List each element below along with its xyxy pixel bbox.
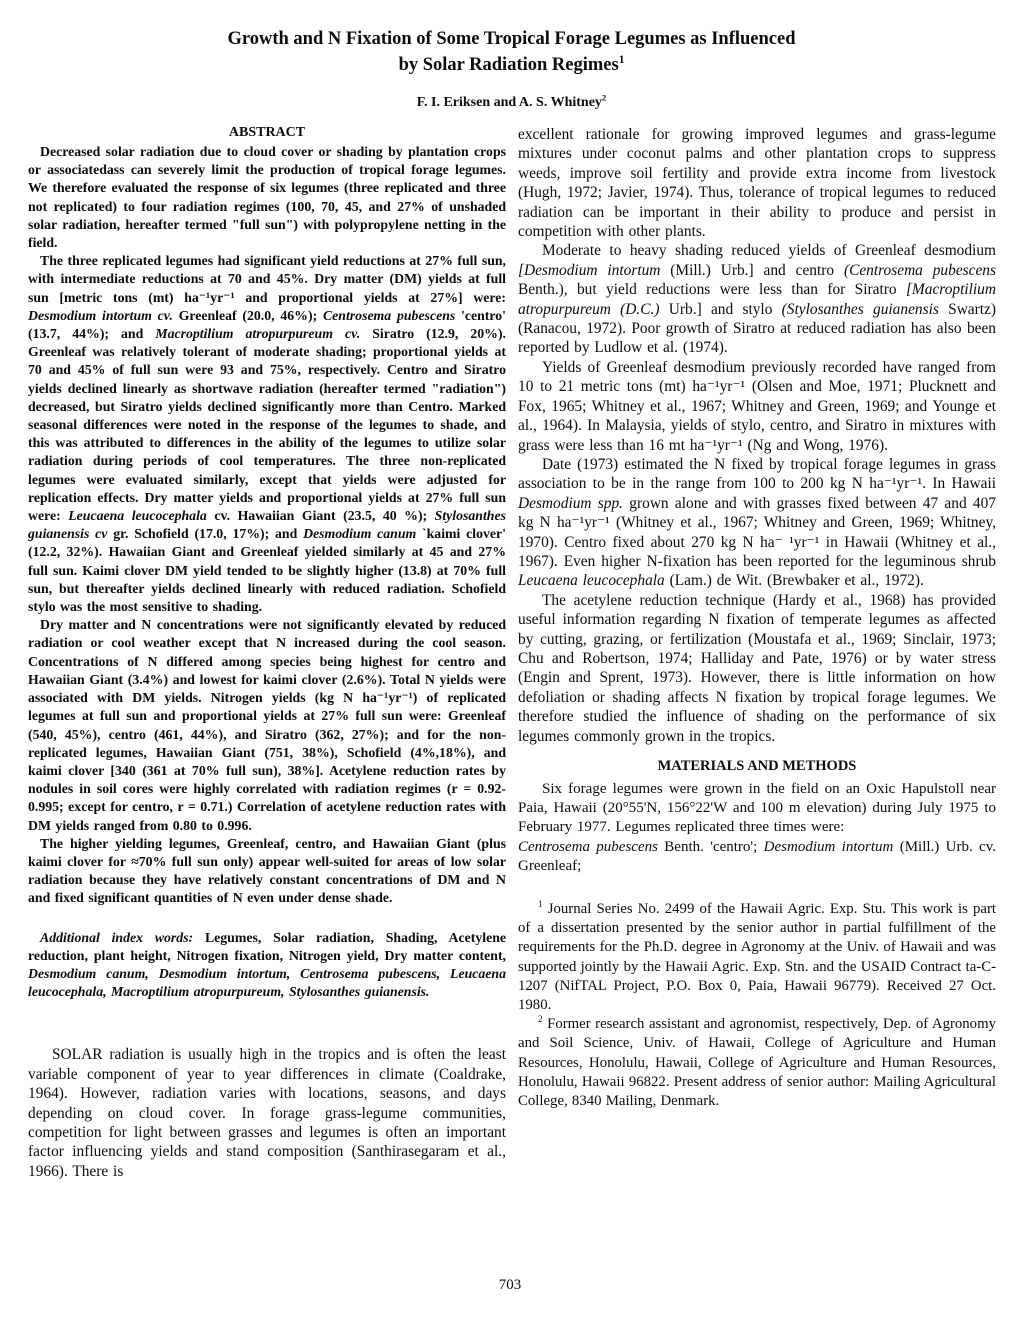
body-paragraph-4: Date (1973) estimated the N fixed by tro…	[518, 455, 996, 591]
abstract-paragraph-1: Decreased solar radiation due to cloud c…	[28, 143, 506, 252]
left-column: ABSTRACT Decreased solar radiation due t…	[28, 125, 506, 1181]
paper-page: Growth and N Fixation of Some Tropical F…	[0, 0, 1020, 1320]
body-paragraph-3: Yields of Greenleaf desmodium previously…	[518, 358, 996, 455]
paper-authors: F. I. Eriksen and A. S. Whitney2	[28, 95, 995, 111]
body-paragraph-1: excellent rationale for growing improved…	[518, 125, 996, 241]
body-paragraph-5: The acetylene reduction technique (Hardy…	[518, 591, 996, 746]
paper-header: Growth and N Fixation of Some Tropical F…	[28, 26, 995, 111]
body-paragraph-2: Moderate to heavy shading reduced yields…	[518, 241, 996, 357]
title-line-2: by Solar Radiation Regimes1	[28, 52, 995, 78]
abstract-heading: ABSTRACT	[28, 125, 506, 141]
footnote-2: 2 Former research assistant and agronomi…	[518, 1015, 996, 1111]
intro-paragraph: SOLAR radiation is usually high in the t…	[28, 1045, 506, 1181]
footnote-1: 1 Journal Series No. 2499 of the Hawaii …	[518, 900, 996, 1015]
methods-paragraph-2: Centrosema pubescens Benth. 'centro'; De…	[518, 838, 996, 876]
materials-methods-heading: MATERIALS AND METHODS	[518, 758, 996, 775]
title-line-1: Growth and N Fixation of Some Tropical F…	[28, 26, 995, 52]
methods-paragraph-1: Six forage legumes were grown in the fie…	[518, 780, 996, 838]
abstract-paragraph-2: The three replicated legumes had signifi…	[28, 252, 506, 616]
abstract-paragraph-3: Dry matter and N concentrations were not…	[28, 616, 506, 834]
footnotes: 1 Journal Series No. 2499 of the Hawaii …	[518, 900, 996, 1111]
abstract-paragraph-4: The higher yielding legumes, Greenleaf, …	[28, 835, 506, 908]
right-column: excellent rationale for growing improved…	[518, 125, 996, 1181]
paper-title: Growth and N Fixation of Some Tropical F…	[28, 26, 995, 78]
page-number: 703	[0, 1277, 1020, 1294]
two-column-layout: ABSTRACT Decreased solar radiation due t…	[28, 125, 995, 1181]
index-words: Additional index words: Legumes, Solar r…	[28, 929, 506, 1002]
